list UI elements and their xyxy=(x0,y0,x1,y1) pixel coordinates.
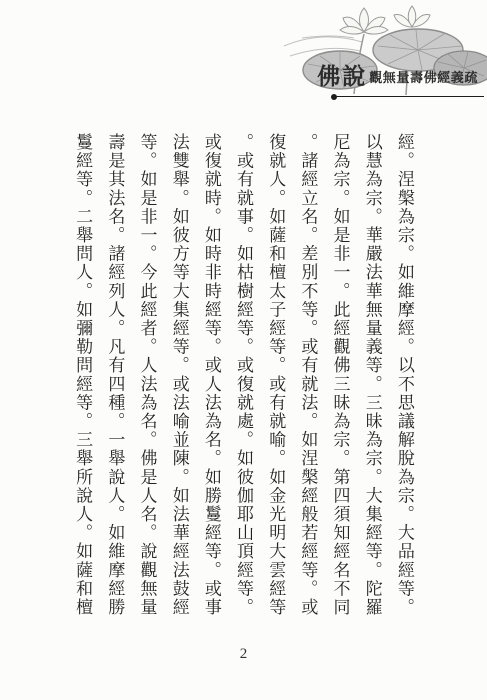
rule-dot-icon xyxy=(331,94,337,100)
text-column: 法雙舉。如彼方等大集經等。或法喻並陳。如法華經法鼓經 xyxy=(163,133,195,633)
text-column: 經。涅槃為宗。如維摩經。以不思議解脫為宗。大品經等。 xyxy=(388,133,420,633)
text-column: 以慧為宗。華嚴法華無量義等。三昧為宗。大集經等。陀羅 xyxy=(356,133,388,633)
header-rule xyxy=(332,96,484,97)
text-column: 尼為宗。如是非一。此經觀佛三昧為宗。第四須知經名不同 xyxy=(323,133,355,633)
text-column: 或復就時。如時非時經等。或人法為名。如勝鬘經等。或事 xyxy=(195,133,227,633)
page-title: 佛說觀無量壽佛經義疏 xyxy=(317,58,478,91)
text-column: 壽是其法名。諸經列人。凡有四種。一舉說人。如維摩經勝 xyxy=(98,133,130,633)
text-column: 鬘經等。二舉問人。如彌勒問經等。三舉所說人。如薩和檀 xyxy=(66,133,98,633)
title-main: 佛說 xyxy=(317,64,367,89)
text-column: 。諸經立名。差別不等。或有就法。如涅槃經般若經等。或 xyxy=(291,133,323,633)
book-page: 佛說觀無量壽佛經義疏 經。涅槃為宗。如維摩經。以不思議解脫為宗。大品經等。 以慧… xyxy=(0,0,487,700)
text-column: 復就人。如薩和檀太子經等。或有就喻。如金光明大雲經等 xyxy=(259,133,291,633)
sutra-text-block: 經。涅槃為宗。如維摩經。以不思議解脫為宗。大品經等。 以慧為宗。華嚴法華無量義等… xyxy=(66,133,420,633)
page-number: 2 xyxy=(0,646,487,663)
text-column: 等。如是非一。今此經者。人法為名。佛是人名。說觀無量 xyxy=(130,133,162,633)
title-sub: 觀無量壽佛經義疏 xyxy=(369,70,478,85)
text-column: 。或有就事。如枯樹經等。或復就處。如彼伽耶山頂經等。 xyxy=(227,133,259,633)
